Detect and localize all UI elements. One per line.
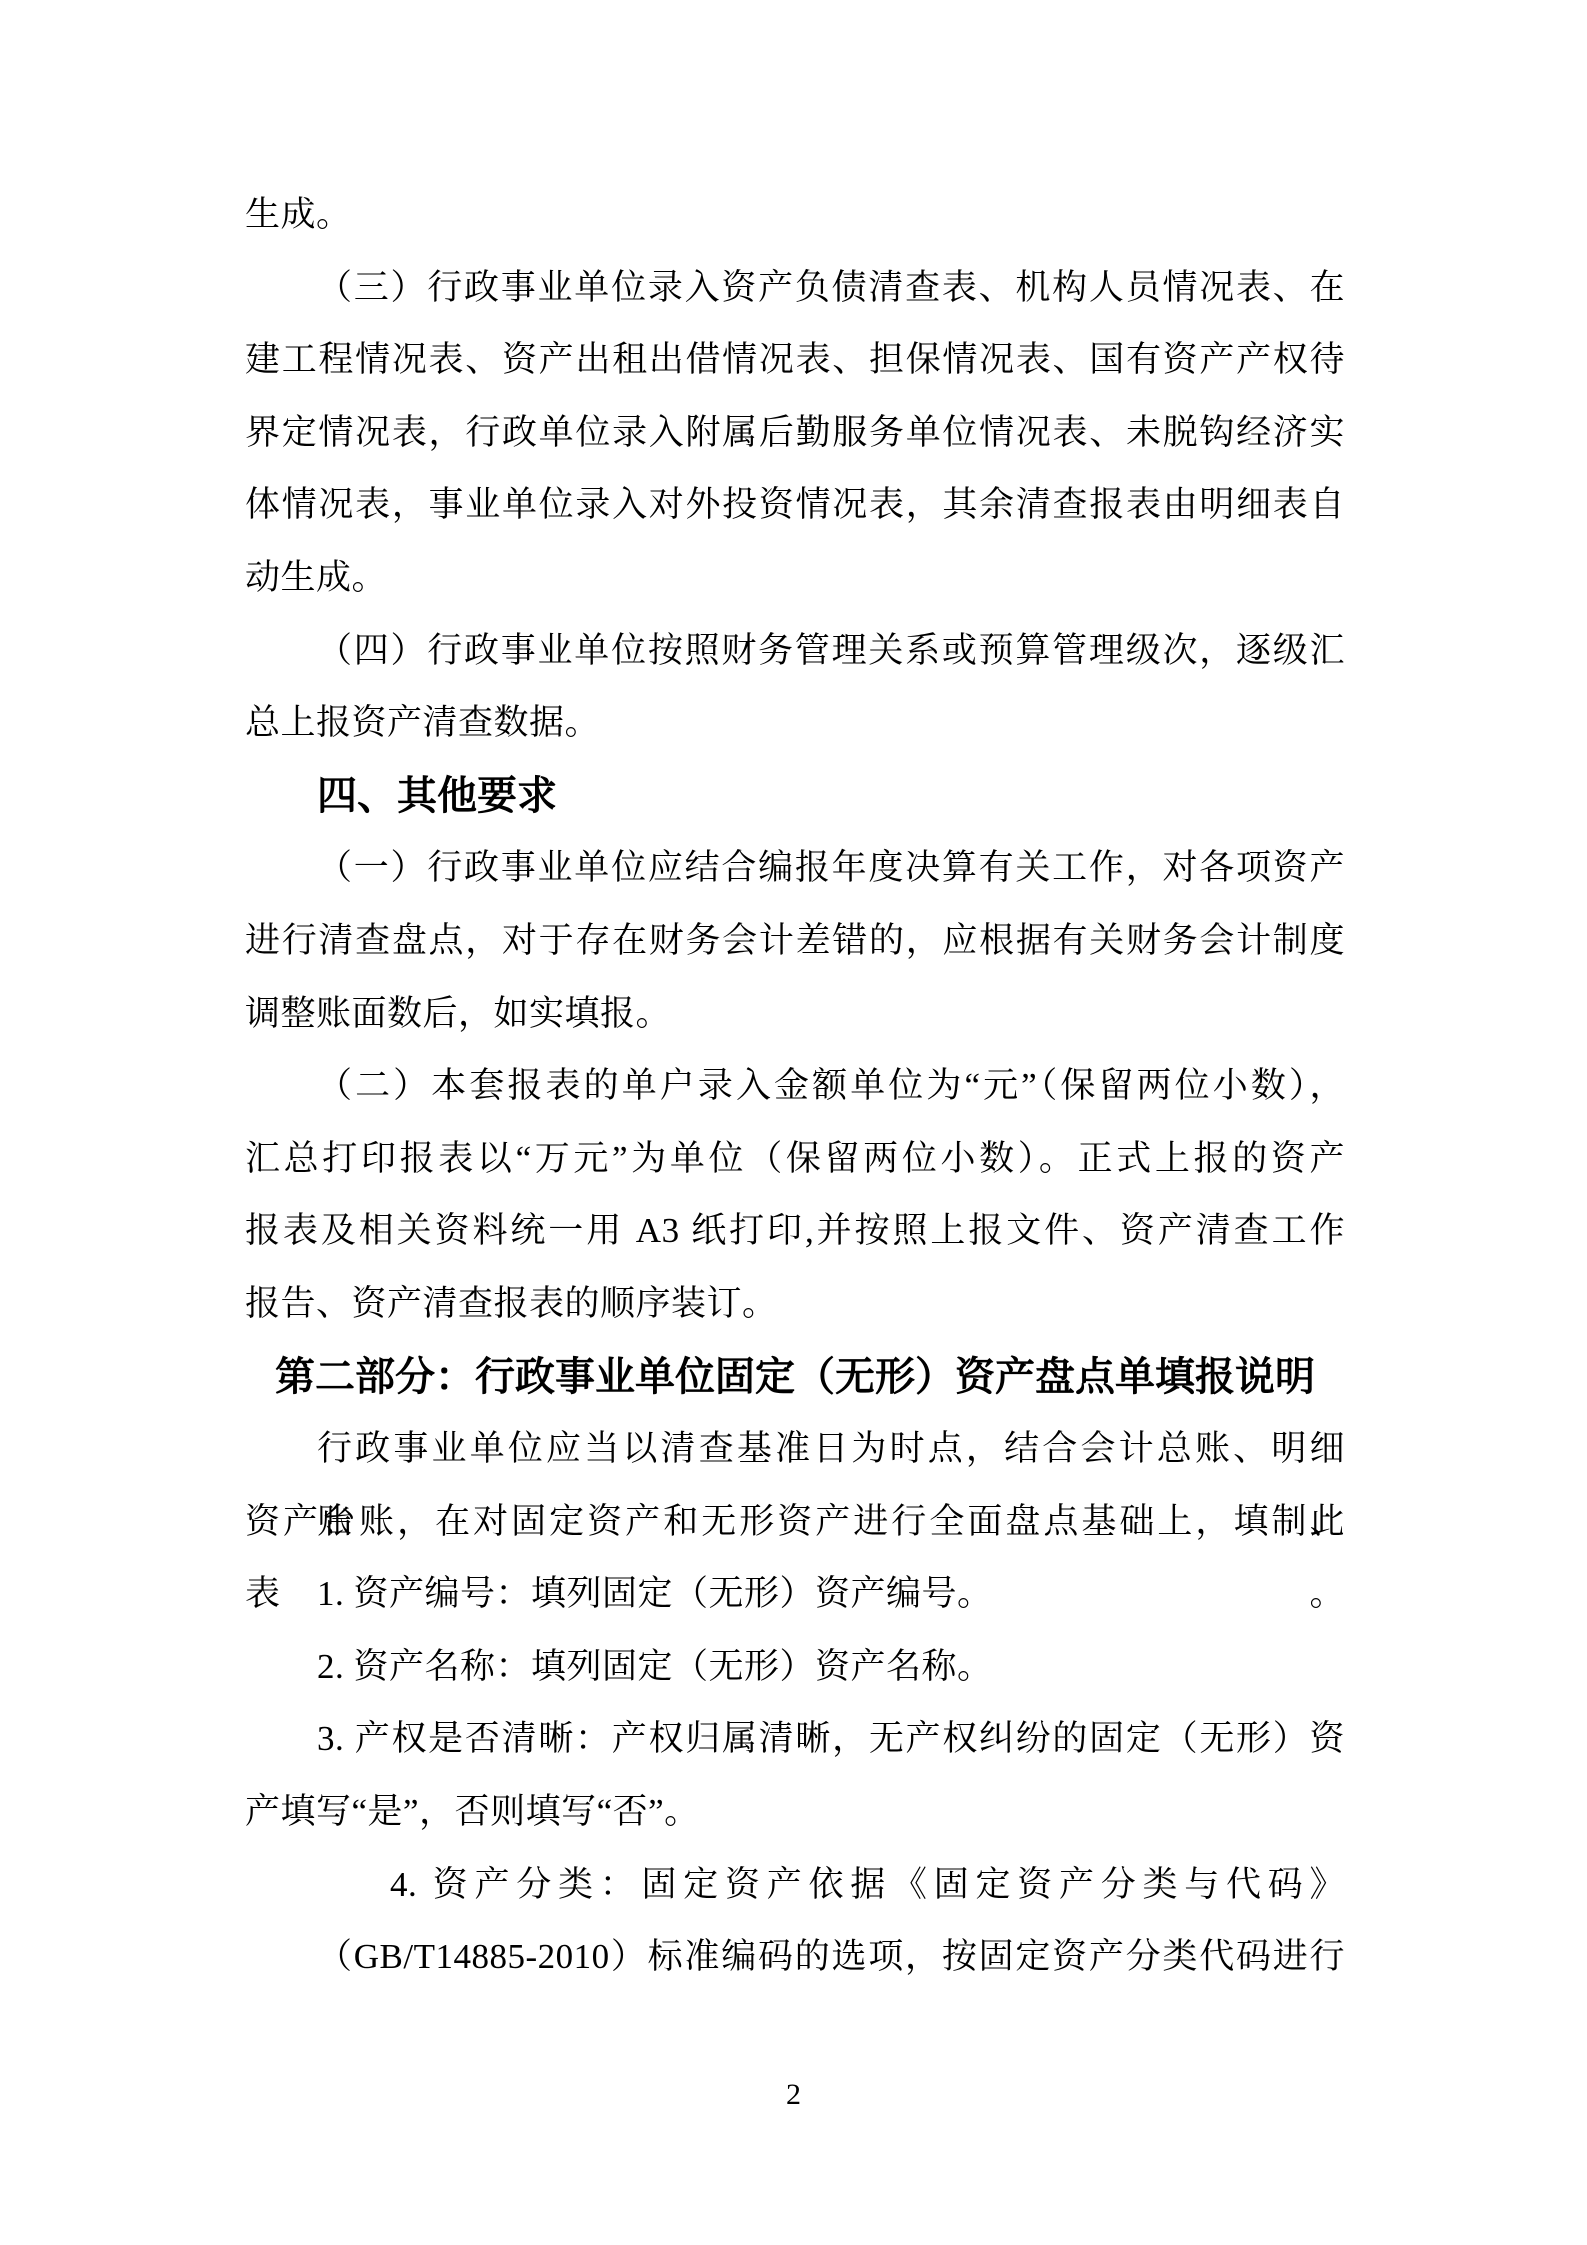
text-line: 体情况表，事业单位录入对外投资情况表，其余清查报表由明细表自 bbox=[245, 469, 1345, 542]
text-line: 资产台账，在对固定资产和无形资产进行全面盘点基础上，填制此表。 bbox=[245, 1486, 1345, 1559]
item-4-asset-category: 4. 资产分类：固定资产依据《固定资产分类与代码》 bbox=[245, 1849, 1345, 1922]
text-line: 界定情况表，行政单位录入附属后勤服务单位情况表、未脱钩经济实 bbox=[245, 397, 1345, 470]
text-line: 报表及相关资料统一用 A3 纸打印,并按照上报文件、资产清查工作 bbox=[245, 1195, 1345, 1268]
document-body: 生成。（三）行政事业单位录入资产负债清查表、机构人员情况表、在建工程情况表、资产… bbox=[245, 179, 1345, 1994]
text-line: （二）本套报表的单户录入金额单位为“元”（保留两位小数）， bbox=[245, 1050, 1345, 1123]
text-line: 调整账面数后，如实填报。 bbox=[245, 978, 1345, 1051]
text-line: 行政事业单位应当以清查基准日为时点，结合会计总账、明细账、 bbox=[245, 1413, 1345, 1486]
text-line: 总上报资产清查数据。 bbox=[245, 687, 1345, 760]
text-line: 动生成。 bbox=[245, 542, 1345, 615]
item-2-asset-name: 2. 资产名称：填列固定（无形）资产名称。 bbox=[245, 1631, 1345, 1704]
document-page: 生成。（三）行政事业单位录入资产负债清查表、机构人员情况表、在建工程情况表、资产… bbox=[0, 0, 1587, 2245]
text-line: （一）行政事业单位应结合编报年度决算有关工作，对各项资产 bbox=[245, 832, 1345, 905]
text-line: （三）行政事业单位录入资产负债清查表、机构人员情况表、在 bbox=[245, 252, 1345, 325]
text-line: （GB/T14885-2010）标准编码的选项，按固定资产分类代码进行 bbox=[245, 1921, 1345, 1994]
heading-part-two: 第二部分：行政事业单位固定（无形）资产盘点单填报说明 bbox=[245, 1341, 1345, 1414]
text-line: 建工程情况表、资产出租出借情况表、担保情况表、国有资产产权待 bbox=[245, 324, 1345, 397]
text-line: 进行清查盘点，对于存在财务会计差错的，应根据有关财务会计制度 bbox=[245, 905, 1345, 978]
text-line: 汇总打印报表以“万元”为单位（保留两位小数）。正式上报的资产 bbox=[245, 1123, 1345, 1196]
text-line: 产填写“是”，否则填写“否”。 bbox=[245, 1776, 1345, 1849]
text-line: 生成。 bbox=[245, 179, 1345, 252]
text-line: 报告、资产清查报表的顺序装订。 bbox=[245, 1268, 1345, 1341]
item-3-property-right: 3. 产权是否清晰：产权归属清晰，无产权纠纷的固定（无形）资 bbox=[245, 1703, 1345, 1776]
heading-other-requirements: 四、其他要求 bbox=[245, 760, 1345, 833]
text-line: （四）行政事业单位按照财务管理关系或预算管理级次，逐级汇 bbox=[245, 615, 1345, 688]
page-number: 2 bbox=[0, 2075, 1587, 2115]
